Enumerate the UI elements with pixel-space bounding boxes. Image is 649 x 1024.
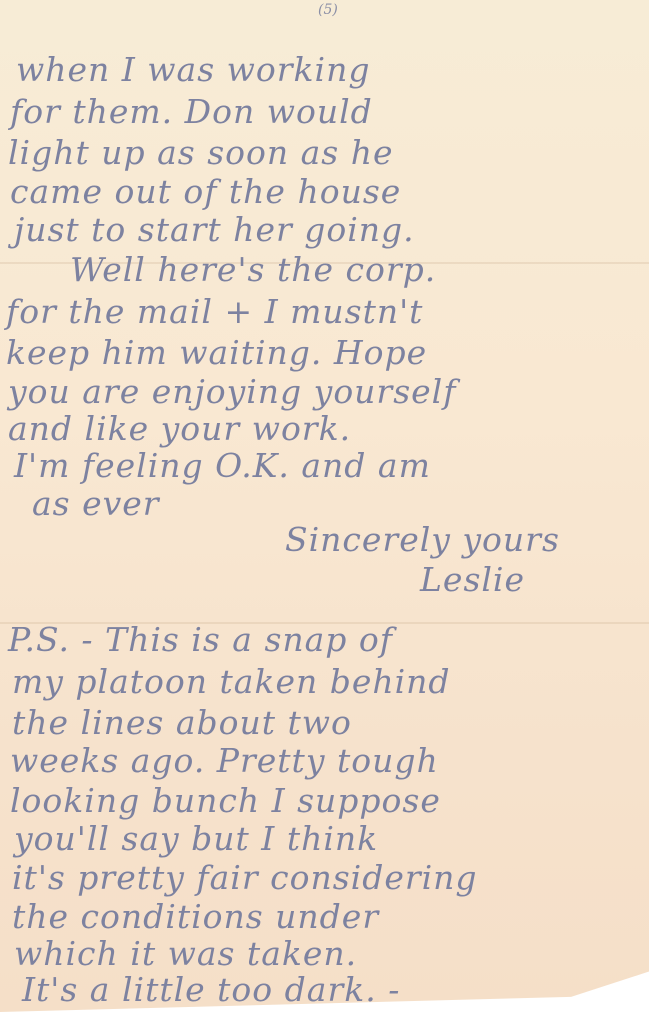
body-line: I'm feeling O.K. and am <box>14 446 431 485</box>
body-line: Well here's the corp. <box>70 250 436 289</box>
body-line: you are enjoying yourself <box>8 372 456 411</box>
ps-line: which it was taken. <box>14 934 357 973</box>
ps-line: the lines about two <box>12 703 352 742</box>
ps-line: It's a little too dark. - <box>22 970 400 1009</box>
body-line: for them. Don would <box>10 92 373 131</box>
body-line: came out of the house <box>10 172 401 211</box>
closing: Sincerely yours <box>285 520 560 559</box>
letter-page: (5) when I was working for them. Don wou… <box>0 0 649 1012</box>
body-line: when I was working <box>16 50 370 89</box>
body-line: keep him waiting. Hope <box>6 333 427 372</box>
ps-line: my platoon taken behind <box>12 662 451 701</box>
ps-line: the conditions under <box>12 897 379 936</box>
ps-line: it's pretty fair considering <box>12 858 478 897</box>
signature: Leslie <box>420 560 525 599</box>
body-line: as ever <box>32 484 160 523</box>
ps-line: P.S. - This is a snap of <box>8 620 393 659</box>
page-number: (5) <box>318 2 338 18</box>
body-line: for the mail + I mustn't <box>6 292 423 331</box>
ps-line: weeks ago. Pretty tough <box>10 741 439 780</box>
body-line: and like your work. <box>8 409 351 448</box>
ps-line: you'll say but I think <box>14 819 378 858</box>
body-line: just to start her going. <box>14 210 415 249</box>
ps-line: looking bunch I suppose <box>10 781 441 820</box>
body-line: light up as soon as he <box>8 133 394 172</box>
